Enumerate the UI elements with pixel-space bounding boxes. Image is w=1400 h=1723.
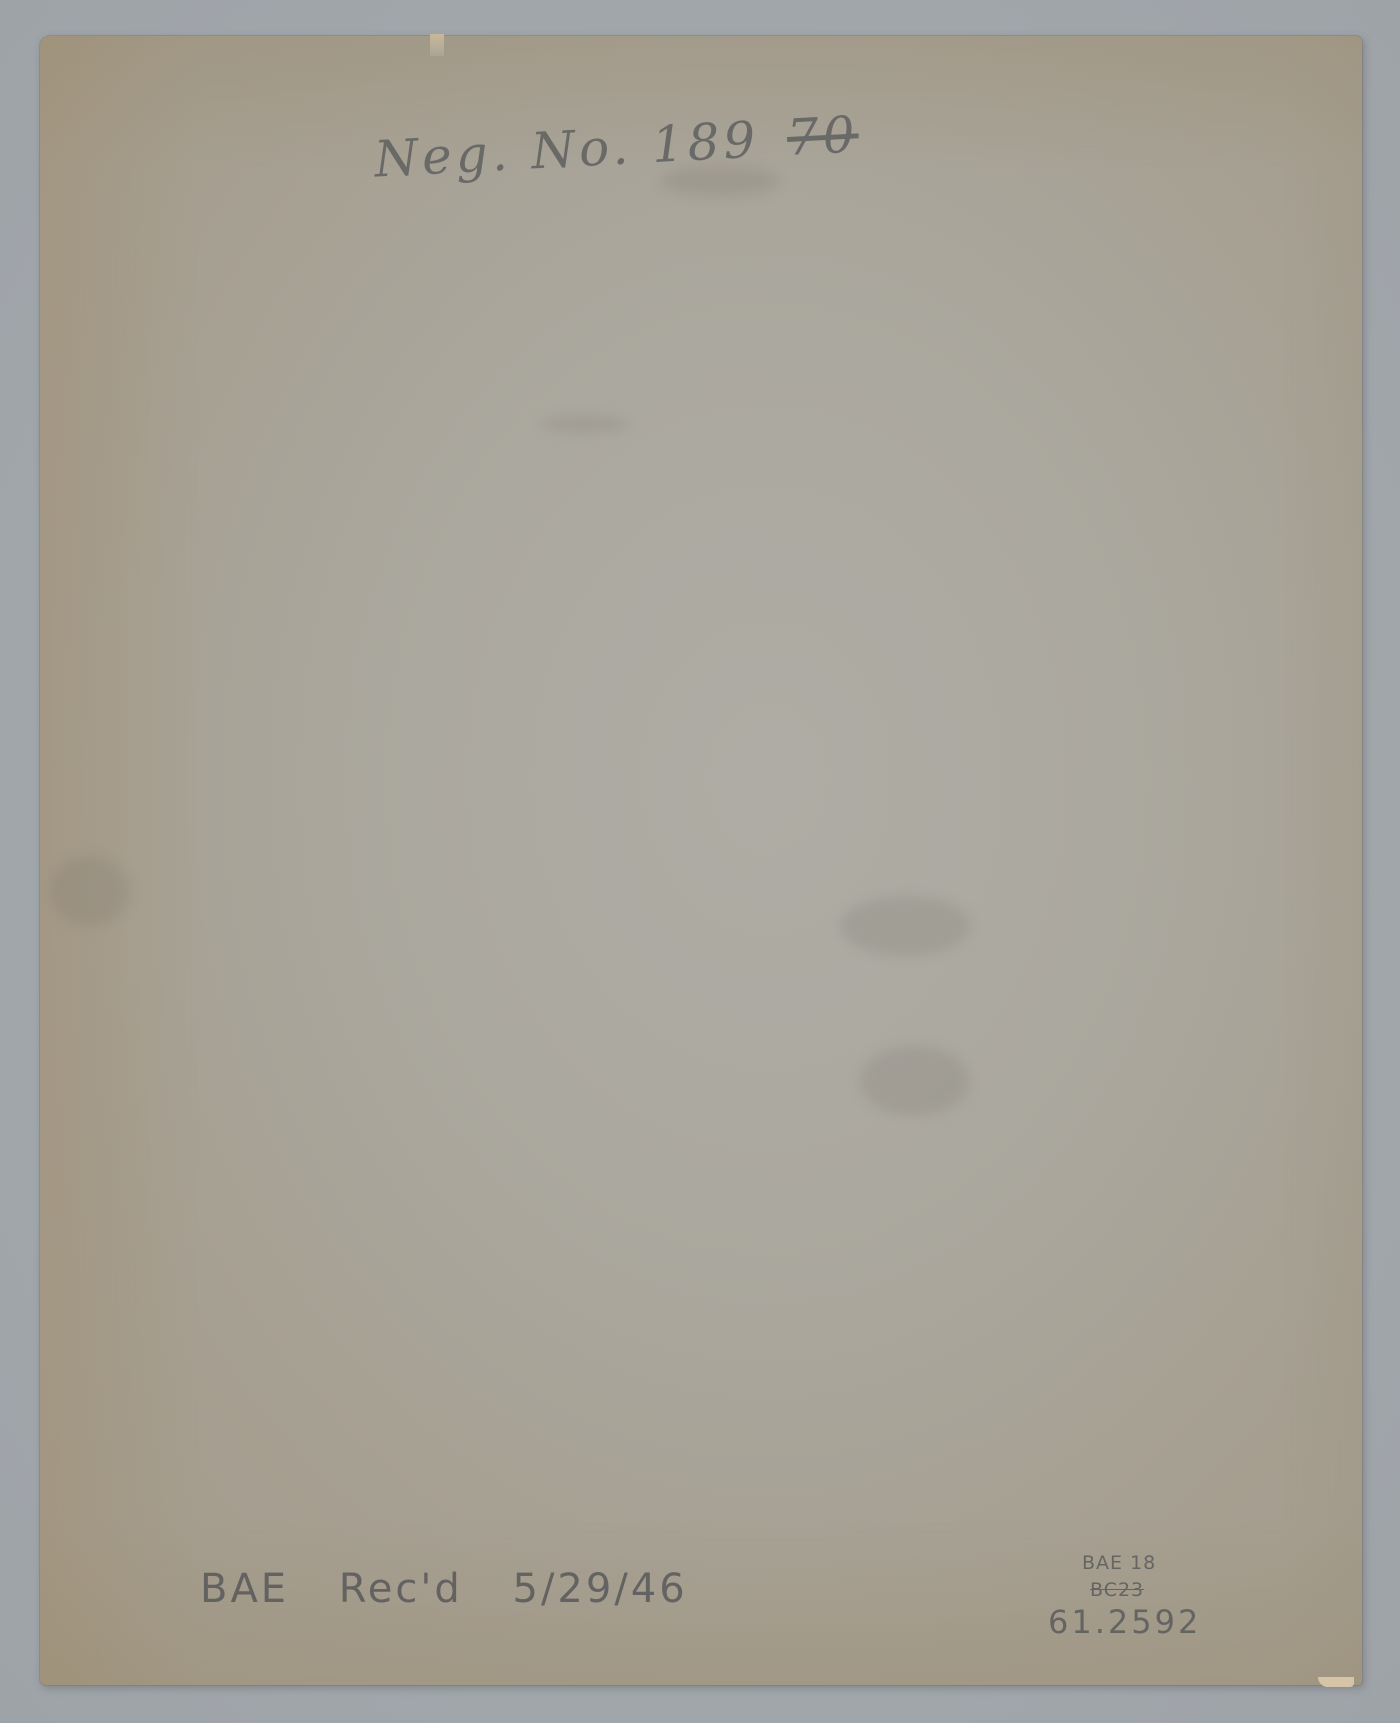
- identifier-annotation: BAE 18 BC23 61.2592: [1048, 1554, 1201, 1638]
- smudge: [860, 1046, 970, 1116]
- smudge: [50, 856, 130, 926]
- catalog-number: 61.2592: [1048, 1606, 1201, 1638]
- negative-number-annotation: Neg. No. 189 70: [373, 105, 860, 188]
- received-label: Rec'd: [339, 1566, 463, 1612]
- bottom-right-corner-chip: [1318, 1677, 1354, 1687]
- photo-mount-card: Neg. No. 189 70 BAE Rec'd 5/29/46 BAE 18…: [40, 36, 1362, 1685]
- top-edge-tear: [430, 34, 444, 56]
- identifier-line1: BAE 18: [1082, 1554, 1201, 1573]
- received-annotation: BAE Rec'd 5/29/46: [200, 1566, 722, 1612]
- identifier-line2-struck: BC23: [1090, 1581, 1201, 1600]
- received-date: 5/29/46: [513, 1566, 688, 1612]
- negative-number-label: Neg. No.: [373, 117, 634, 188]
- negative-number-value: 189: [650, 111, 760, 175]
- received-agency: BAE: [200, 1566, 289, 1612]
- negative-number-struck: 70: [786, 105, 861, 167]
- smudge: [540, 416, 630, 432]
- smudge: [840, 896, 970, 956]
